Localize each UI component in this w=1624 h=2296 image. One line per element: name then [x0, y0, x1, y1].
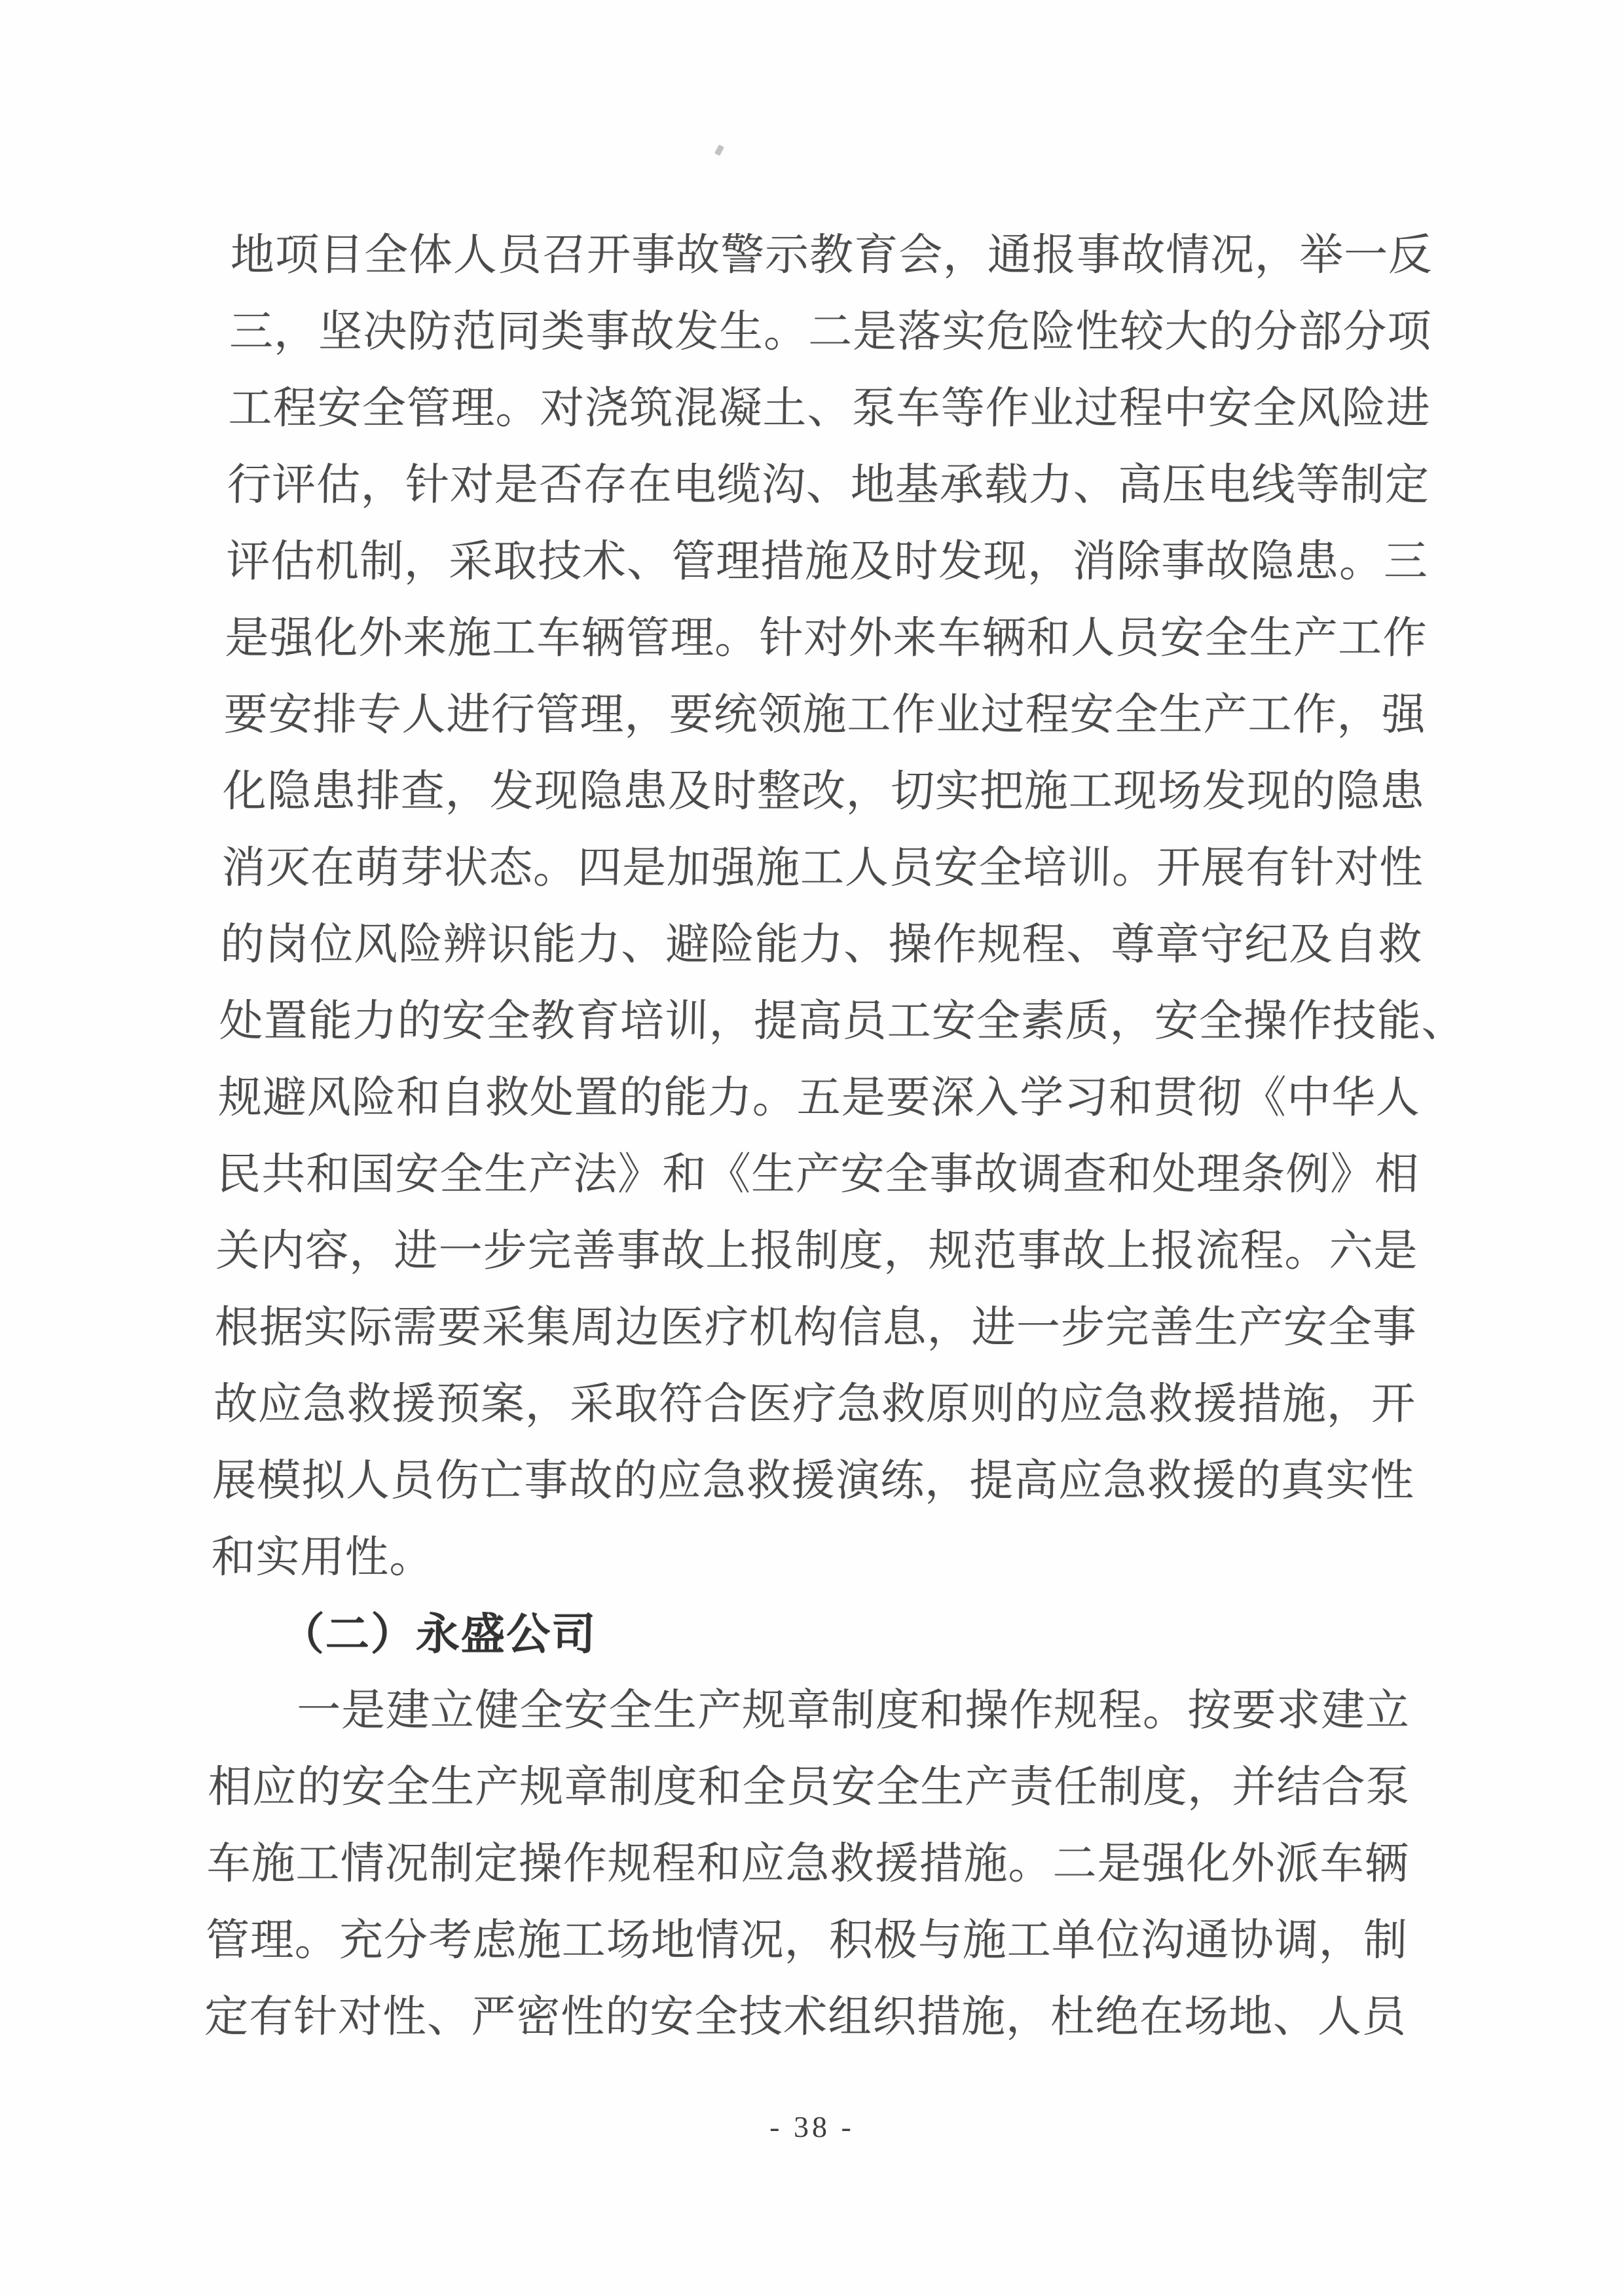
- text-line: 管理。充分考虑施工场地情况，积极与施工单位沟通协调，制: [205, 1902, 1411, 1978]
- text-line: 行评估，针对是否存在电缆沟、地基承载力、高压电线等制定: [227, 446, 1433, 523]
- text-line: 展模拟人员伤亡事故的应急救援演练，提高应急救援的真实性: [212, 1442, 1418, 1519]
- page-number: - 38 -: [0, 2109, 1624, 2144]
- text-line: 评估机制，采取技术、管理措施及时发现，消除事故隐患。三: [225, 523, 1431, 600]
- text-line: 地项目全体人员召开事故警示教育会，通报事故情况，举一反: [230, 217, 1436, 293]
- text-line: 规避风险和自救处置的能力。五是要深入学习和贯彻《中华人: [217, 1059, 1424, 1136]
- scan-speck-artifact: [714, 145, 724, 156]
- document-page: 地项目全体人员召开事故警示教育会，通报事故情况，举一反三，坚决防范同类事故发生。…: [0, 0, 1624, 2296]
- text-line: 处置能力的安全教育培训，提高员工安全素质，安全操作技能、: [219, 983, 1425, 1059]
- section-heading: （二）永盛公司: [210, 1595, 1416, 1672]
- text-line: 是强化外来施工车辆管理。针对外来车辆和人员安全生产工作: [225, 600, 1431, 676]
- text-line: 车施工情况制定操作规程和应急救援措施。二是强化外派车辆: [206, 1825, 1412, 1902]
- text-line: 三，坚决防范同类事故发生。二是落实危险性较大的分部分项: [229, 293, 1435, 370]
- text-line: 根据实际需要采集周边医疗机构信息，进一步完善生产安全事: [214, 1289, 1420, 1366]
- text-line: 消灭在萌芽状态。四是加强施工人员安全培训。开展有针对性: [221, 829, 1427, 906]
- text-line: 故应急救援预案，采取符合医疗急救原则的应急救援措施，开: [213, 1366, 1419, 1442]
- text-line: 关内容，进一步完善事故上报制度，规范事故上报流程。六是: [215, 1212, 1422, 1289]
- text-line: 工程安全管理。对浇筑混凝土、泵车等作业过程中安全风险进: [228, 370, 1434, 446]
- text-line: 一是建立健全安全生产规章制度和操作规程。按要求建立: [208, 1672, 1414, 1749]
- text-line: 定有针对性、严密性的安全技术组织措施，杜绝在场地、人员: [204, 1978, 1410, 2055]
- text-line: 民共和国安全生产法》和《生产安全事故调查和处理条例》相: [216, 1136, 1422, 1212]
- text-line: 相应的安全生产规章制度和全员安全生产责任制度，并结合泵: [208, 1749, 1414, 1825]
- text-line: 要安排专人进行管理，要统领施工作业过程安全生产工作，强: [223, 676, 1430, 753]
- text-line: 和实用性。: [211, 1519, 1417, 1595]
- document-text-block: 地项目全体人员召开事故警示教育会，通报事故情况，举一反三，坚决防范同类事故发生。…: [204, 217, 1436, 2055]
- text-line: 化隐患排查，发现隐患及时整改，切实把施工现场发现的隐患: [222, 753, 1428, 829]
- text-line: 的岗位风险辨识能力、避险能力、操作规程、尊章守纪及自救: [220, 906, 1426, 983]
